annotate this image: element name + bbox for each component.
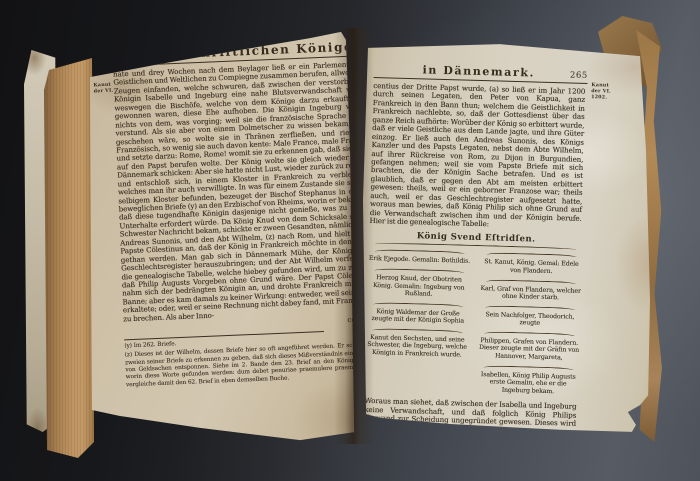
genealogy-cell: Karl, Graf von Flandern, welcher ohne Ki…: [479, 279, 582, 303]
genealogy-cell-text: Philippen, Grafen von Flandern. Dieser z…: [478, 337, 581, 363]
left-body-text: nate und drey Wochen nach dem Beylager l…: [113, 60, 375, 323]
right-page-content: Kanut der VI. 1202. in Dännemark. 265 ce…: [363, 62, 588, 473]
right-catchword: bemeld-: [363, 432, 573, 447]
book-photo: Kanut der VI. 264 Die chriſtlichen König…: [0, 0, 700, 481]
genealogy-cell: Erik Ejegode. Gemalin: Bothildis.: [368, 249, 470, 265]
genealogy-left-column: Erik Ejegode. Gemalin: Bothildis. Herzog…: [365, 249, 471, 398]
left-page-number: 264: [104, 52, 146, 64]
genealogy-cell-text: König Waldemar der Große zeugte mit der …: [367, 308, 469, 326]
gathering-signature: L l: [427, 461, 513, 471]
right-body-top: centius der Dritte Papst wurde, (a) so l…: [369, 82, 585, 231]
left-fore-edge: [44, 58, 94, 458]
right-running-title: in Dännemark.: [404, 63, 554, 80]
right-header-spacer: [374, 75, 404, 76]
genealogy-right-column: St. Kanut, König. Gemal: Edele von Fland…: [477, 252, 583, 401]
right-page: Kanut der VI. 1202. in Dännemark. 265 ce…: [348, 38, 660, 450]
genealogy-cell: Herzog Knud, der Obotriten König. Gemali…: [367, 268, 470, 300]
left-footnote-2: (z) Dieses ist der Wilhelm, dessen Brief…: [125, 342, 376, 389]
right-footnote-rule: [363, 445, 577, 452]
volume-signature: 1. Th.: [363, 459, 427, 469]
genealogy-cell: König Waldemar der Große zeugte mit der …: [367, 302, 470, 326]
genealogy-cell-text: Sein Nachfolger, Theodorich, zeugte: [479, 311, 581, 329]
right-footnote: (a) Siehe die Geschichte Innocentii des …: [363, 449, 575, 462]
genealogy-cell-text: Erik Ejegode. Gemalin: Bothildis.: [368, 255, 470, 265]
left-page-content: Kanut der VI. 264 Die chriſtlichen König…: [104, 39, 380, 390]
genealogy-cell: Isabellen, König Philip Augusts erste Ge…: [477, 365, 580, 397]
genealogy-cell: St. Kanut, König. Gemal: Edele von Fland…: [480, 252, 583, 276]
left-margin-note-line2: der VI.: [94, 87, 124, 94]
right-margin-note-line3: 1202.: [591, 95, 625, 102]
genealogy-cell-text: Herzog Knud, der Obotriten König. Gemali…: [367, 274, 470, 300]
genealogy-cell-text: Karl, Graf von Flandern, welcher ohne Ki…: [479, 285, 581, 303]
genealogy-cell: Kanut den Sechsten, und seine Schwester,…: [366, 328, 469, 360]
right-page-number: 265: [554, 70, 588, 81]
genealogy-cell: Sein Nachfolger, Theodorich, zeugte: [479, 305, 582, 329]
right-body-bottom: Woraus man siehet, daß zwischen der Isab…: [364, 397, 577, 437]
genealogy-cell-text: Kanut den Sechsten, und seine Schwester,…: [366, 334, 469, 360]
right-margin-note: Kanut der VI. 1202.: [591, 82, 626, 102]
left-margin-note: Kanut der VI.: [93, 81, 123, 95]
genealogy-cell: Philippen, Grafen von Flandern. Dieser z…: [478, 331, 581, 363]
signature-row: 1. Th. L l: [363, 459, 577, 473]
genealogy-table: Erik Ejegode. Gemalin: Bothildis. Herzog…: [365, 249, 583, 401]
genealogy-cell-text: St. Kanut, König. Gemal: Edele von Fland…: [480, 258, 582, 276]
left-page: Kanut der VI. 264 Die chriſtlichen König…: [82, 28, 374, 452]
genealogy-cell-text: Isabellen, König Philip Augusts erste Ge…: [477, 371, 580, 397]
